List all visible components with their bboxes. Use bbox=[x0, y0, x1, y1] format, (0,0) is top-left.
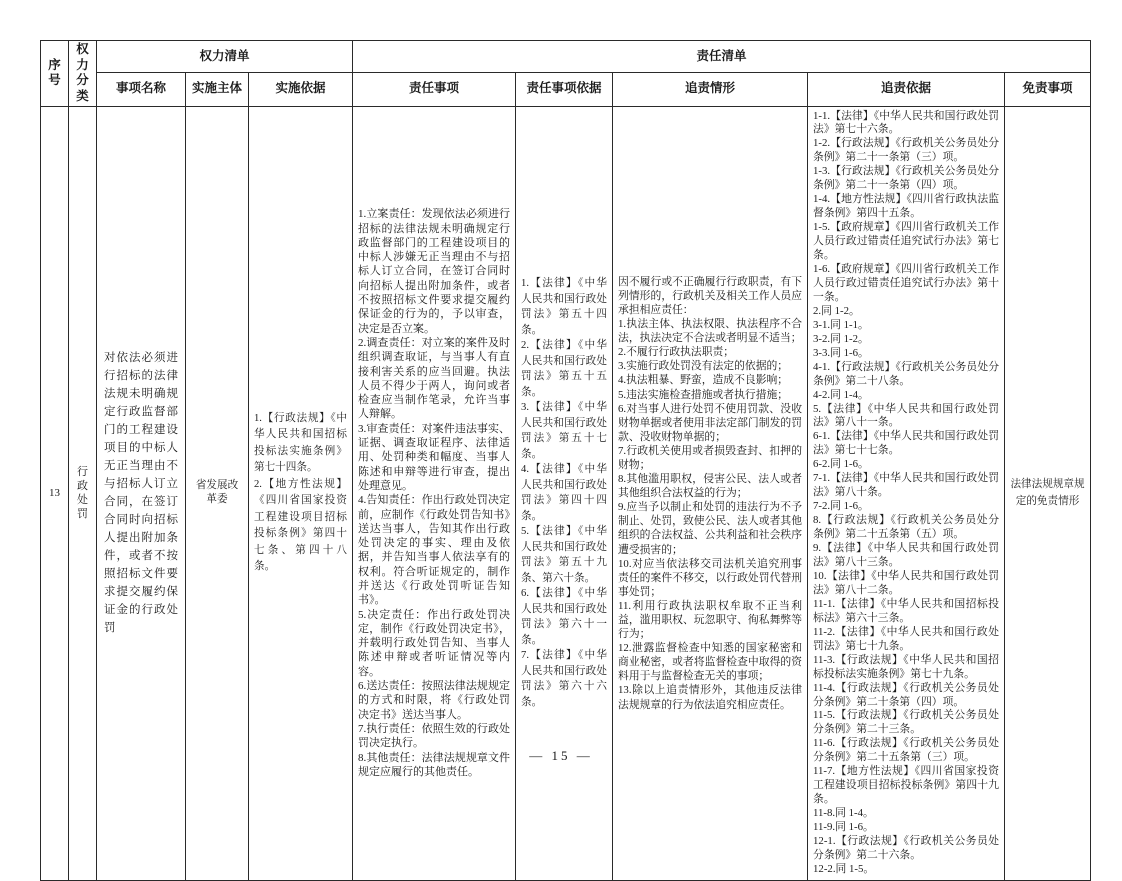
header-exemption-items: 免责事项 bbox=[1005, 72, 1091, 106]
header-power-list: 权力清单 bbox=[97, 41, 353, 73]
page-number: — 15 — bbox=[0, 748, 1122, 764]
cell-exemption-items: 法律法规规章规定的免责情形 bbox=[1005, 106, 1091, 880]
header-accountability-basis: 追责依据 bbox=[808, 72, 1005, 106]
cell-item-name: 对依法必须进行招标的法律法规未明确规定行政监督部门的工程建设项目的中标人无正当理… bbox=[97, 106, 186, 880]
cell-accountability-situations: 因不履行或不正确履行行政职责，有下列情形的，行政机关及相关工作人员应承担相应责任… bbox=[613, 106, 808, 880]
cell-power-category: 行政处罚 bbox=[69, 106, 97, 880]
cell-responsibility-basis: 1.【法律】《中华人民共和国行政处罚法》第五十四条。 2.【法律】《中华人民共和… bbox=[516, 106, 613, 880]
header-responsibility-items: 责任事项 bbox=[353, 72, 516, 106]
header-item-name: 事项名称 bbox=[97, 72, 186, 106]
header-responsibility-list: 责任清单 bbox=[353, 41, 1091, 73]
table-header-group-row: 序号 权力分类 权力清单 责任清单 bbox=[41, 41, 1091, 73]
header-implementing-body: 实施主体 bbox=[186, 72, 249, 106]
header-power-category: 权力分类 bbox=[69, 41, 97, 107]
cell-implementation-basis: 1.【行政法规】《中华人民共和国招标投标法实施条例》第七十四条。 2.【地方性法… bbox=[249, 106, 353, 880]
cell-accountability-basis: 1-1.【法律】《中华人民共和国行政处罚法》第七十六条。 1-2.【行政法规】《… bbox=[808, 106, 1005, 880]
cell-seq-no: 13 bbox=[41, 106, 69, 880]
document-page: 序号 权力分类 权力清单 责任清单 事项名称 实施主体 实施依据 责任事项 责任… bbox=[0, 0, 1122, 793]
cell-responsibility-items: 1.立案责任：发现依法必须进行招标的法律法规未明确规定行政监督部门的工程建设项目… bbox=[353, 106, 516, 880]
table-header-column-row: 事项名称 实施主体 实施依据 责任事项 责任事项依据 追责情形 追责依据 免责事… bbox=[41, 72, 1091, 106]
cell-implementing-body: 省发展改革委 bbox=[186, 106, 249, 880]
header-accountability-situations: 追责情形 bbox=[613, 72, 808, 106]
header-responsibility-basis: 责任事项依据 bbox=[516, 72, 613, 106]
table-row: 13 行政处罚 对依法必须进行招标的法律法规未明确规定行政监督部门的工程建设项目… bbox=[41, 106, 1091, 880]
header-seq-no: 序号 bbox=[41, 41, 69, 107]
header-implementation-basis: 实施依据 bbox=[249, 72, 353, 106]
